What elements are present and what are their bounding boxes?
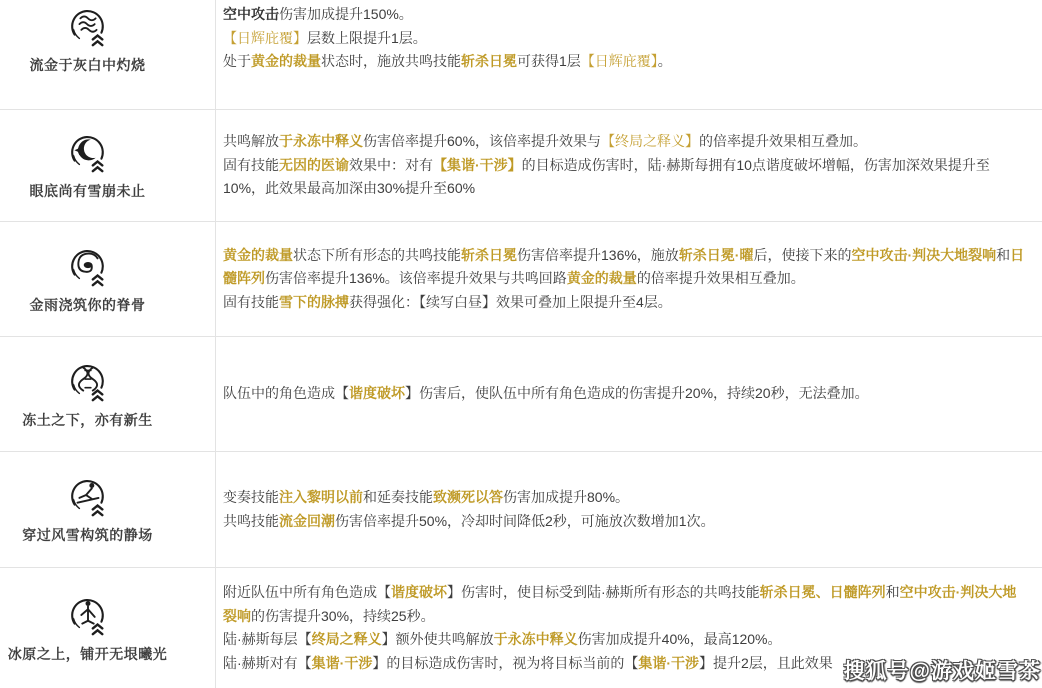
text-run: 伤害加成提升80%。: [503, 489, 629, 505]
text-run: 共鸣技能: [223, 513, 279, 529]
description-line: 陆·赫斯每层【终局之释义】额外使共鸣解放于永冻中释义伤害加成提升40%，最高12…: [223, 628, 1028, 652]
skill-term: 谐度破坏: [349, 385, 405, 401]
trait-cell: 流金于灰白中灼烧: [0, 0, 216, 109]
description-line: 处于黄金的裁量状态时，施放共鸣技能斩杀日冕可获得1层【日辉庇覆】。: [223, 50, 1028, 74]
skill-term: 集谐·干涉: [638, 655, 699, 671]
trait-cell: 眼底尚有雪崩未止: [0, 110, 216, 221]
skill-term: 于永冻中释义: [279, 133, 363, 149]
trait-name: 穿过风雪构筑的静场: [0, 525, 176, 545]
article-page: 流金于灰白中灼烧 空中攻击伤害加成提升150%。【日辉庇覆】层数上限提升1层。处…: [0, 0, 1042, 688]
text-run: 和: [996, 247, 1010, 263]
text-run: 】提升2层，且此效果: [699, 655, 833, 671]
text-run: 和: [886, 584, 900, 600]
text-run: 状态下所有形态的共鸣技能: [293, 247, 461, 263]
text-run: 伤害加成提升150%。: [279, 6, 413, 22]
trait-inner: 冻土之下，亦有新生: [0, 359, 176, 430]
text-run: 。: [658, 53, 672, 69]
trait-inner: 穿过风雪构筑的静场: [0, 474, 176, 545]
skill-term: 空中攻击: [223, 6, 279, 22]
text-run: 可获得1层: [517, 53, 581, 69]
trait-description: 黄金的裁量状态下所有形态的共鸣技能斩杀日冕伤害倍率提升136%，施放斩杀日冕·曜…: [216, 222, 1042, 336]
description-line: 固有技能雪下的脉搏获得强化：【续写白昼】效果可叠加上限提升至4层。: [223, 291, 1028, 315]
trait-inner: 眼底尚有雪崩未止: [0, 130, 176, 201]
emblem-helix-icon: [66, 359, 110, 403]
skill-term: 【集谐·干涉】: [433, 157, 522, 173]
trait-name: 冰原之上，铺开无垠曦光: [0, 644, 176, 664]
skill-term: 斩杀日冕: [461, 247, 517, 263]
trait-description: 变奏技能注入黎明以前和延奏技能致濒死以答伤害加成提升80%。共鸣技能流金回潮伤害…: [216, 452, 1042, 567]
text-run: 层数上限提升1层。: [307, 30, 427, 46]
trait-description: 空中攻击伤害加成提升150%。【日辉庇覆】层数上限提升1层。处于黄金的裁量状态时…: [216, 0, 1042, 109]
skill-term: 黄金的裁量: [223, 247, 293, 263]
text-run: 附近队伍中所有角色造成【: [223, 584, 391, 600]
description-line: 共鸣技能流金回潮伤害倍率提升50%，冷却时间降低2秒，可施放次数增加1次。: [223, 510, 1028, 534]
skill-term: 注入黎明以前: [279, 489, 363, 505]
skill-term: 斩杀日冕·曜: [679, 247, 754, 263]
trait-cell: 穿过风雪构筑的静场: [0, 452, 216, 567]
text-run: 的倍率提升效果相互叠加。: [699, 133, 867, 149]
text-run: 的伤害提升30%，持续25秒。: [251, 608, 435, 624]
text-run: 状态时，施放共鸣技能: [321, 53, 461, 69]
skill-term: 雪下的脉搏: [279, 294, 349, 310]
skill-term: 黄金的裁量: [251, 53, 321, 69]
table-row: 眼底尚有雪崩未止 共鸣解放于永冻中释义伤害倍率提升60%，该倍率提升效果与【终局…: [0, 110, 1042, 222]
text-run: 固有技能: [223, 294, 279, 310]
text-run: 】伤害时，使目标受到陆·赫斯所有形态的共鸣技能: [447, 584, 760, 600]
trait-table: 流金于灰白中灼烧 空中攻击伤害加成提升150%。【日辉庇覆】层数上限提升1层。处…: [0, 0, 1042, 688]
emblem-moon-star-icon: [66, 130, 110, 174]
skill-term: 流金回潮: [279, 513, 335, 529]
skill-term: 【终局之释义】: [601, 133, 699, 149]
text-run: 队伍中的角色造成【: [223, 385, 349, 401]
trait-name: 流金于灰白中灼烧: [0, 55, 176, 75]
trait-name: 冻土之下，亦有新生: [0, 410, 176, 430]
text-run: 】的目标造成伤害时，视为将目标当前的【: [372, 655, 638, 671]
text-run: 陆·赫斯对有【: [223, 655, 312, 671]
emblem-swirl-hand-icon: [66, 244, 110, 288]
skill-term: 【日辉庇覆】: [581, 53, 658, 69]
text-run: 后，使接下来的: [753, 247, 851, 263]
table-row: 冰原之上，铺开无垠曦光 附近队伍中所有角色造成【谐度破坏】伤害时，使目标受到陆·…: [0, 568, 1042, 688]
table-row: 金雨浇筑你的脊骨 黄金的裁量状态下所有形态的共鸣技能斩杀日冕伤害倍率提升136%…: [0, 222, 1042, 337]
text-run: 伤害倍率提升60%，该倍率提升效果与: [363, 133, 601, 149]
trait-cell: 冰原之上，铺开无垠曦光: [0, 568, 216, 688]
trait-inner: 冰原之上，铺开无垠曦光: [0, 593, 176, 664]
table-row: 流金于灰白中灼烧 空中攻击伤害加成提升150%。【日辉庇覆】层数上限提升1层。处…: [0, 0, 1042, 110]
table-row: 穿过风雪构筑的静场 变奏技能注入黎明以前和延奏技能致濒死以答伤害加成提升80%。…: [0, 452, 1042, 568]
description-line: 附近队伍中所有角色造成【谐度破坏】伤害时，使目标受到陆·赫斯所有形态的共鸣技能斩…: [223, 581, 1028, 628]
skill-term: 斩杀日冕: [461, 53, 517, 69]
trait-name: 金雨浇筑你的脊骨: [0, 295, 176, 315]
text-run: 的倍率提升效果相互叠加。: [637, 270, 805, 286]
trait-name: 眼底尚有雪崩未止: [0, 181, 176, 201]
trait-cell: 金雨浇筑你的脊骨: [0, 222, 216, 336]
trait-inner: 金雨浇筑你的脊骨: [0, 244, 176, 315]
skill-term: 空中攻击·判决大地裂响: [851, 247, 996, 263]
trait-description: 附近队伍中所有角色造成【谐度破坏】伤害时，使目标受到陆·赫斯所有形态的共鸣技能斩…: [216, 568, 1042, 688]
skill-term: 集谐·干涉: [312, 655, 373, 671]
trait-cell: 冻土之下，亦有新生: [0, 337, 216, 451]
text-run: 伤害倍率提升136%。该倍率提升效果与共鸣回路: [265, 270, 567, 286]
emblem-glide-figure-icon: [66, 474, 110, 518]
text-run: 和延奏技能: [363, 489, 433, 505]
skill-term: 致濒死以答: [433, 489, 503, 505]
text-run: 变奏技能: [223, 489, 279, 505]
text-run: 伤害加成提升40%，最高120%。: [578, 631, 782, 647]
skill-term: 终局之释义: [312, 631, 382, 647]
emblem-standing-figure-icon: [66, 593, 110, 637]
trait-description: 共鸣解放于永冻中释义伤害倍率提升60%，该倍率提升效果与【终局之释义】的倍率提升…: [216, 110, 1042, 221]
skill-term: 黄金的裁量: [567, 270, 637, 286]
text-run: 】额外使共鸣解放: [382, 631, 494, 647]
skill-term: 于永冻中释义: [494, 631, 578, 647]
description-line: 【日辉庇覆】层数上限提升1层。: [223, 27, 1028, 51]
table-row: 冻土之下，亦有新生 队伍中的角色造成【谐度破坏】伤害后，使队伍中所有角色造成的伤…: [0, 337, 1042, 452]
text-run: 陆·赫斯每层【: [223, 631, 312, 647]
description-line: 固有技能无因的医谕效果中：对有【集谐·干涉】的目标造成伤害时，陆·赫斯每拥有10…: [223, 154, 1028, 201]
emblem-molten-wave-icon: [66, 4, 110, 48]
skill-term: 斩杀日冕、日髓阵列: [760, 584, 886, 600]
text-run: 共鸣解放: [223, 133, 279, 149]
skill-term: 谐度破坏: [391, 584, 447, 600]
text-run: 】伤害后，使队伍中所有角色造成的伤害提升20%，持续20秒，无法叠加。: [405, 385, 869, 401]
description-line: 共鸣解放于永冻中释义伤害倍率提升60%，该倍率提升效果与【终局之释义】的倍率提升…: [223, 130, 1028, 154]
description-line: 变奏技能注入黎明以前和延奏技能致濒死以答伤害加成提升80%。: [223, 486, 1028, 510]
skill-term: 【日辉庇覆】: [223, 30, 307, 46]
skill-term: 无因的医谕: [279, 157, 349, 173]
text-run: 效果中：对有: [349, 157, 433, 173]
trait-inner: 流金于灰白中灼烧: [0, 4, 176, 75]
description-line: 空中攻击伤害加成提升150%。: [223, 3, 1028, 27]
description-line: 黄金的裁量状态下所有形态的共鸣技能斩杀日冕伤害倍率提升136%，施放斩杀日冕·曜…: [223, 244, 1028, 291]
trait-description: 队伍中的角色造成【谐度破坏】伤害后，使队伍中所有角色造成的伤害提升20%，持续2…: [216, 337, 1042, 451]
description-line: 队伍中的角色造成【谐度破坏】伤害后，使队伍中所有角色造成的伤害提升20%，持续2…: [223, 382, 1028, 406]
text-run: 伤害倍率提升50%，冷却时间降低2秒，可施放次数增加1次。: [335, 513, 715, 529]
text-run: 获得强化：【续写白昼】效果可叠加上限提升至4层。: [349, 294, 672, 310]
description-line: 陆·赫斯对有【集谐·干涉】的目标造成伤害时，视为将目标当前的【集谐·干涉】提升2…: [223, 652, 1028, 676]
text-run: 处于: [223, 53, 251, 69]
text-run: 固有技能: [223, 157, 279, 173]
text-run: 伤害倍率提升136%，施放: [517, 247, 679, 263]
